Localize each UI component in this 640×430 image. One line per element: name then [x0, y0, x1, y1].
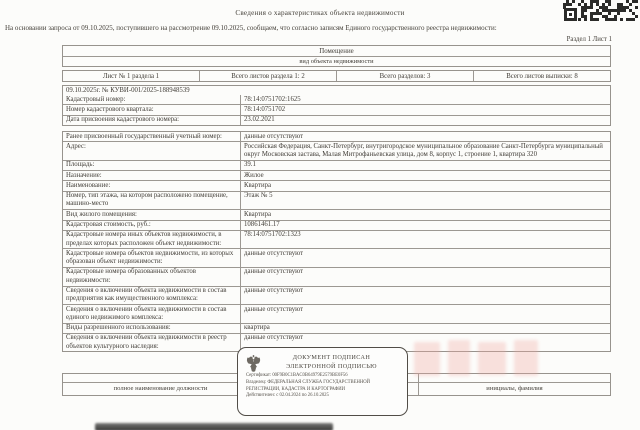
document-title: Сведения о характеристиках объекта недви…	[0, 9, 640, 17]
details-table: Ранее присвоенный государственный учетны…	[62, 131, 611, 352]
table-row: Сведения о включении объекта недвижимост…	[63, 304, 610, 323]
table-row: Площадь:39.1	[63, 160, 610, 170]
row-label: Кадастровый номер:	[63, 95, 241, 104]
document-number: 09.10.2025г. № КУВИ-001/2025-188948539	[63, 86, 610, 95]
row-value: данные отсутствуют	[241, 249, 610, 267]
table-row: Сведения о включении объекта недвижимост…	[63, 286, 610, 305]
table-row: Дата присвоения кадастрового номера:23.0…	[63, 115, 610, 125]
row-label: Площадь:	[63, 161, 241, 170]
row-value: 78:14:0751702	[241, 105, 610, 114]
row-label: Кадастровые номера объектов недвижимости…	[63, 249, 241, 267]
row-value: Этаж № 5	[241, 192, 610, 210]
table-row: Назначение:Жилое	[63, 170, 610, 180]
row-label: Сведения о включении объекта недвижимост…	[63, 287, 241, 305]
row-label: Ранее присвоенный государственный учетны…	[63, 132, 241, 141]
object-type: Помещение	[63, 46, 610, 56]
sheet-info-cell: Всего листов раздела 1: 2	[199, 71, 336, 81]
signature-line-left	[63, 374, 258, 382]
scan-shadow-artifact	[95, 423, 333, 430]
egrn-extract-page: Сведения о характеристиках объекта недви…	[0, 0, 640, 430]
row-value: 78:14:0751702:1323	[241, 231, 610, 249]
table-row: Виды разрешенного использования:квартира	[63, 323, 610, 333]
table-row: Кадастровые номера объектов недвижимости…	[63, 248, 610, 267]
row-value: Квартира	[241, 210, 610, 219]
table-row: Кадастровая стоимость, руб.:10861461.17	[63, 220, 610, 230]
stamp-title-line2: ЭЛЕКТРОННОЙ ПОДПИСЬЮ	[260, 363, 403, 370]
row-label: Номер кадастрового квартала:	[63, 105, 241, 114]
sheet-info-cell: Лист № 1 раздела 1	[63, 71, 199, 81]
row-label: Назначение:	[63, 171, 241, 180]
stamp-title-line1: ДОКУМЕНТ ПОДПИСАН	[260, 354, 403, 361]
position-name-label: полное наименование должности	[63, 383, 258, 395]
row-value: 39.1	[241, 161, 610, 170]
row-label: Вид жилого помещения:	[63, 210, 241, 219]
row-label: Наименование:	[63, 181, 241, 190]
row-value: Российская Федерация, Санкт-Петербург, в…	[241, 142, 610, 160]
row-value: 23.02.2021	[241, 116, 610, 125]
table-row: Вид жилого помещения:Квартира	[63, 209, 610, 219]
sheet-info-table: Лист № 1 раздела 1Всего листов раздела 1…	[62, 70, 611, 82]
row-value: квартира	[241, 324, 610, 333]
table-row: Кадастровый номер:78:14:0751702:1625	[63, 95, 610, 104]
row-value: 78:14:0751702:1625	[241, 95, 610, 104]
object-type-table: Помещение вид объекта недвижимости	[62, 45, 611, 67]
row-label: Сведения о включении объекта недвижимост…	[63, 305, 241, 323]
stamp-certificate: Сертификат: 00F9B0C1BAC0B64979E2579BE0F5…	[246, 373, 401, 380]
row-value: данные отсутствуют	[241, 305, 610, 323]
row-label: Номер, тип этажа, на котором расположено…	[63, 192, 241, 210]
section-sheet-label: Раздел 1 Лист 1	[0, 36, 612, 43]
stamp-validity: Действителен: с 02.04.2024 по 26.10.2025	[246, 393, 401, 400]
table-row: Кадастровые номера образованных объектов…	[63, 267, 610, 286]
sheet-info-cell: Всего листов выписки: 8	[473, 71, 610, 81]
cadastral-table: 09.10.2025г. № КУВИ-001/2025-188948539 К…	[62, 85, 611, 126]
row-value: Жилое	[241, 171, 610, 180]
row-label: Сведения о включении объекта недвижимост…	[63, 334, 241, 352]
row-label: Дата присвоения кадастрового номера:	[63, 116, 241, 125]
table-row: Кадастровые номера иных объектов недвижи…	[63, 230, 610, 249]
request-basis-line: На основании запроса от 09.10.2025, пост…	[5, 24, 619, 32]
table-row: Наименование:Квартира	[63, 180, 610, 190]
watermark-artifact	[412, 336, 562, 394]
qr-code	[563, 0, 639, 21]
digital-signature-stamp: ДОКУМЕНТ ПОДПИСАН ЭЛЕКТРОННОЙ ПОДПИСЬЮ С…	[237, 347, 408, 416]
table-row: Номер кадастрового квартала:78:14:075170…	[63, 104, 610, 114]
row-label: Виды разрешенного использования:	[63, 324, 241, 333]
row-value: данные отсутствуют	[241, 132, 610, 141]
stamp-owner: Владелец: ФЕДЕРАЛЬНАЯ СЛУЖБА ГОСУДАРСТВЕ…	[246, 380, 401, 394]
row-value: Квартира	[241, 181, 610, 190]
row-value: данные отсутствуют	[241, 268, 610, 286]
table-row: Адрес:Российская Федерация, Санкт-Петерб…	[63, 141, 610, 160]
row-label: Кадастровая стоимость, руб.:	[63, 221, 241, 230]
object-type-caption: вид объекта недвижимости	[63, 57, 610, 66]
sheet-info-cell: Всего разделов: 3	[336, 71, 473, 81]
row-label: Кадастровые номера образованных объектов…	[63, 268, 241, 286]
row-value: 10861461.17	[241, 221, 610, 230]
table-row: Номер, тип этажа, на котором расположено…	[63, 191, 610, 210]
row-label: Адрес:	[63, 142, 241, 160]
row-value: данные отсутствуют	[241, 287, 610, 305]
table-row: Ранее присвоенный государственный учетны…	[63, 132, 610, 141]
row-label: Кадастровые номера иных объектов недвижи…	[63, 231, 241, 249]
